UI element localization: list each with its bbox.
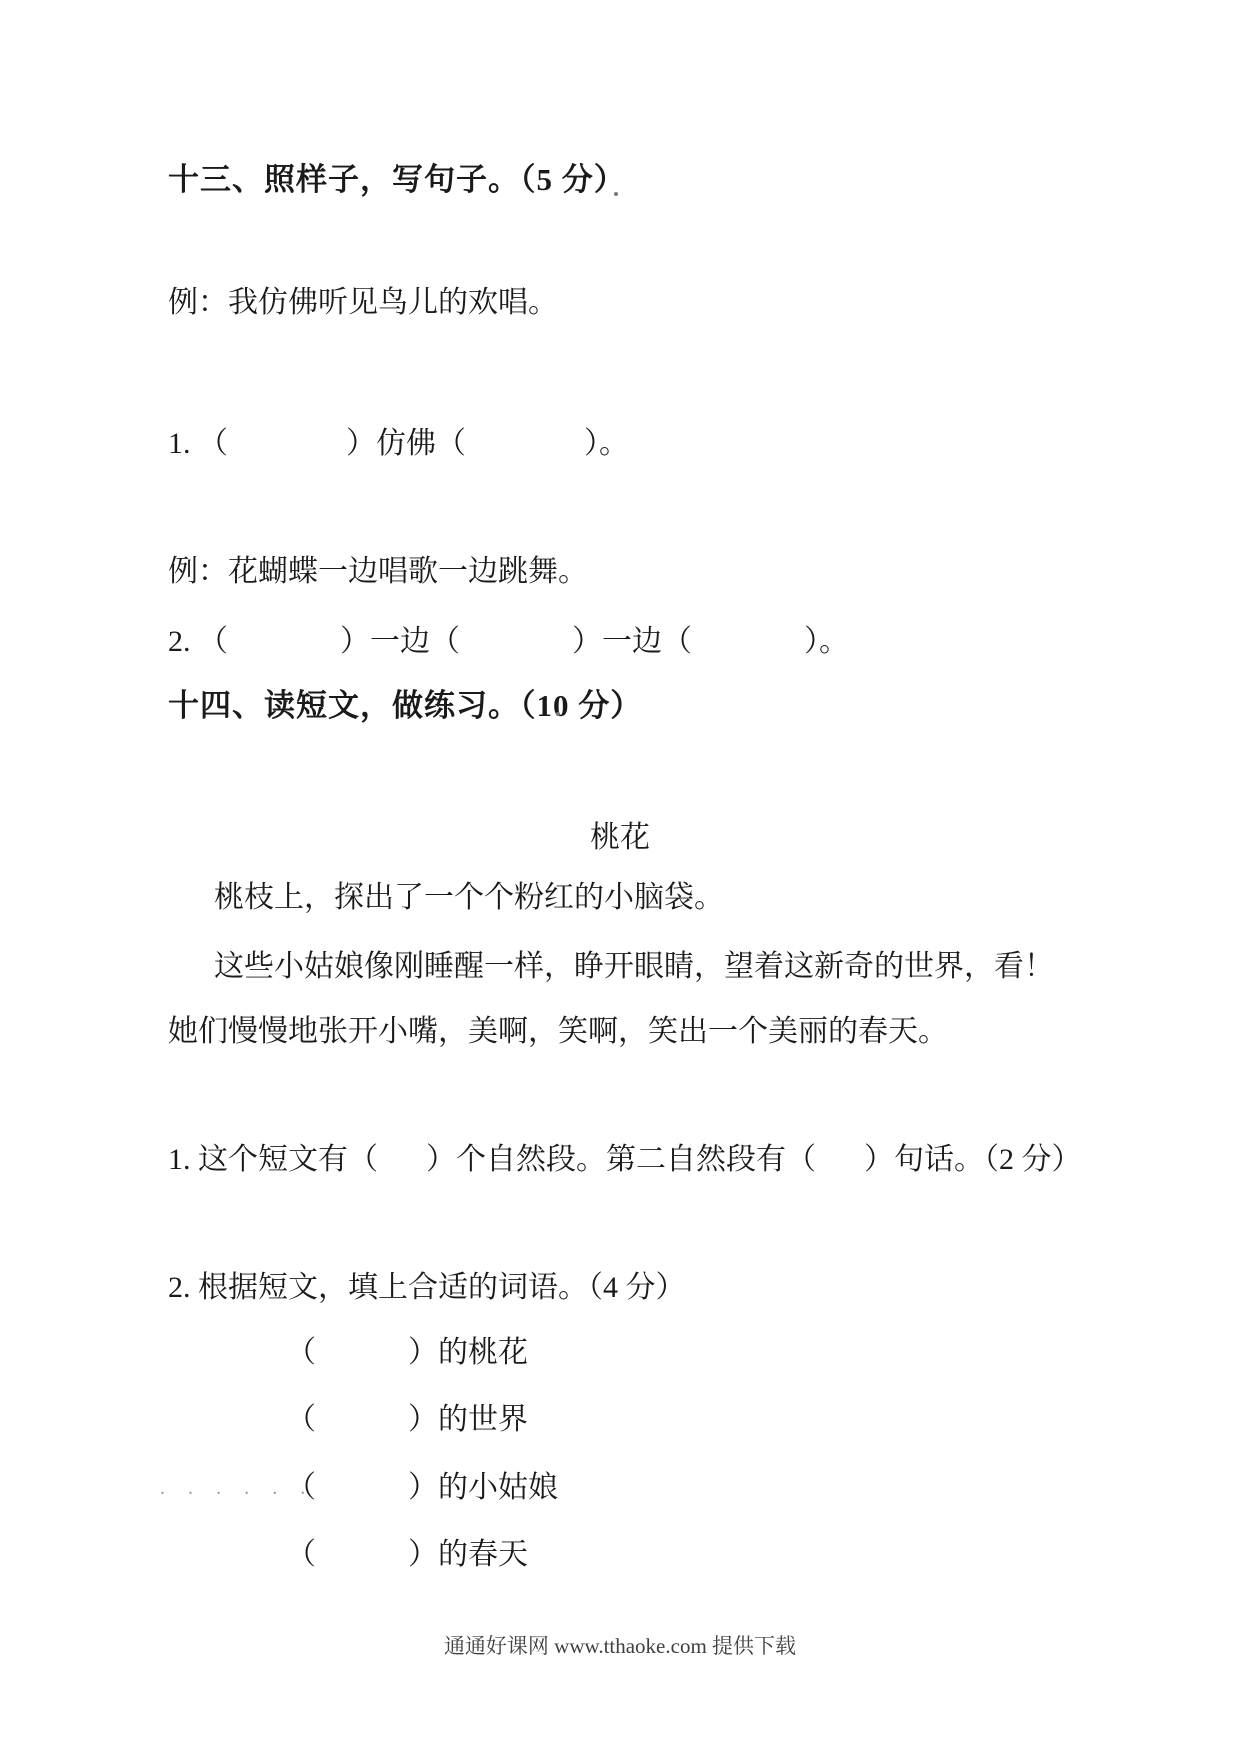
answer-blank	[378, 1168, 426, 1169]
fill2-open-paren: （	[286, 1403, 316, 1436]
fill-item-world: （）的世界	[286, 1400, 528, 1439]
fill-item-little-girl: （）的小姑娘	[286, 1468, 558, 1507]
passage-paragraph-1: 桃枝上，探出了一个个粉红的小脑袋。	[214, 878, 724, 917]
item1-text-pre: 1. （	[168, 427, 228, 460]
item1-text-mid: ）仿佛（	[346, 427, 466, 460]
fill4-close-text: ）的春天	[408, 1538, 528, 1571]
answer-blank	[460, 650, 572, 651]
answer-blank	[316, 1428, 408, 1429]
question1-text-end: ）句话。（2 分）	[864, 1143, 1082, 1176]
answer-blank	[316, 1361, 408, 1362]
item2-text-mid2: ）一边（	[572, 625, 692, 658]
section-13-example-2: 例：花蝴蝶一边唱歌一边跳舞。	[168, 552, 588, 591]
fill2-close-text: ）的世界	[408, 1403, 528, 1436]
answer-blank	[816, 1168, 864, 1169]
worksheet-page: 十三、照样子，写句子。（5 分） 例：我仿佛听见鸟儿的欢唱。 1. （）仿佛（）…	[0, 0, 1240, 1754]
answer-blank	[316, 1563, 408, 1564]
section-14-heading: 十四、读短文，做练习。（10 分）	[168, 686, 642, 726]
dotted-scan-artifact: . . . . . .	[158, 1480, 312, 1498]
answer-blank	[466, 452, 584, 453]
item2-text-end: ）。	[804, 625, 849, 658]
answer-blank	[316, 1496, 408, 1497]
site-footer-text: 通通好课网 www.tthaoke.com 提供下载	[0, 1630, 1240, 1660]
section-14-question-1: 1. 这个短文有（）个自然段。第二自然段有（）句话。（2 分）	[168, 1140, 1082, 1179]
section-13-item-1: 1. （）仿佛（）。	[168, 424, 629, 463]
answer-blank	[692, 650, 804, 651]
fill-item-spring: （）的春天	[286, 1535, 528, 1574]
fill1-close-text: ）的桃花	[408, 1336, 528, 1369]
section-14-question-2: 2. 根据短文，填上合适的词语。（4 分）	[168, 1268, 686, 1307]
answer-blank	[228, 650, 340, 651]
fill-item-peach-blossom: （）的桃花	[286, 1333, 528, 1372]
item2-text-mid1: ）一边（	[340, 625, 460, 658]
passage-paragraph-2-line-1: 这些小姑娘像刚睡醒一样，睁开眼睛，望着这新奇的世界，看！	[214, 947, 1054, 986]
ink-speck	[614, 192, 618, 196]
ink-speck	[556, 712, 560, 716]
answer-blank	[228, 452, 346, 453]
question1-text-pre: 1. 这个短文有（	[168, 1143, 378, 1176]
item1-text-end: ）。	[584, 427, 629, 460]
item2-text-pre: 2. （	[168, 625, 228, 658]
passage-paragraph-2-line-2: 她们慢慢地张开小嘴，美啊，笑啊，笑出一个美丽的春天。	[168, 1012, 948, 1051]
section-13-heading: 十三、照样子，写句子。（5 分）	[168, 160, 626, 200]
fill3-close-text: ）的小姑娘	[408, 1471, 558, 1504]
section-13-item-2: 2. （）一边（）一边（）。	[168, 622, 849, 661]
section-13-example-1: 例：我仿佛听见鸟儿的欢唱。	[168, 283, 558, 322]
question1-text-mid: ）个自然段。第二自然段有（	[426, 1143, 816, 1176]
fill4-open-paren: （	[286, 1538, 316, 1571]
fill1-open-paren: （	[286, 1336, 316, 1369]
passage-title: 桃花	[0, 818, 1240, 857]
